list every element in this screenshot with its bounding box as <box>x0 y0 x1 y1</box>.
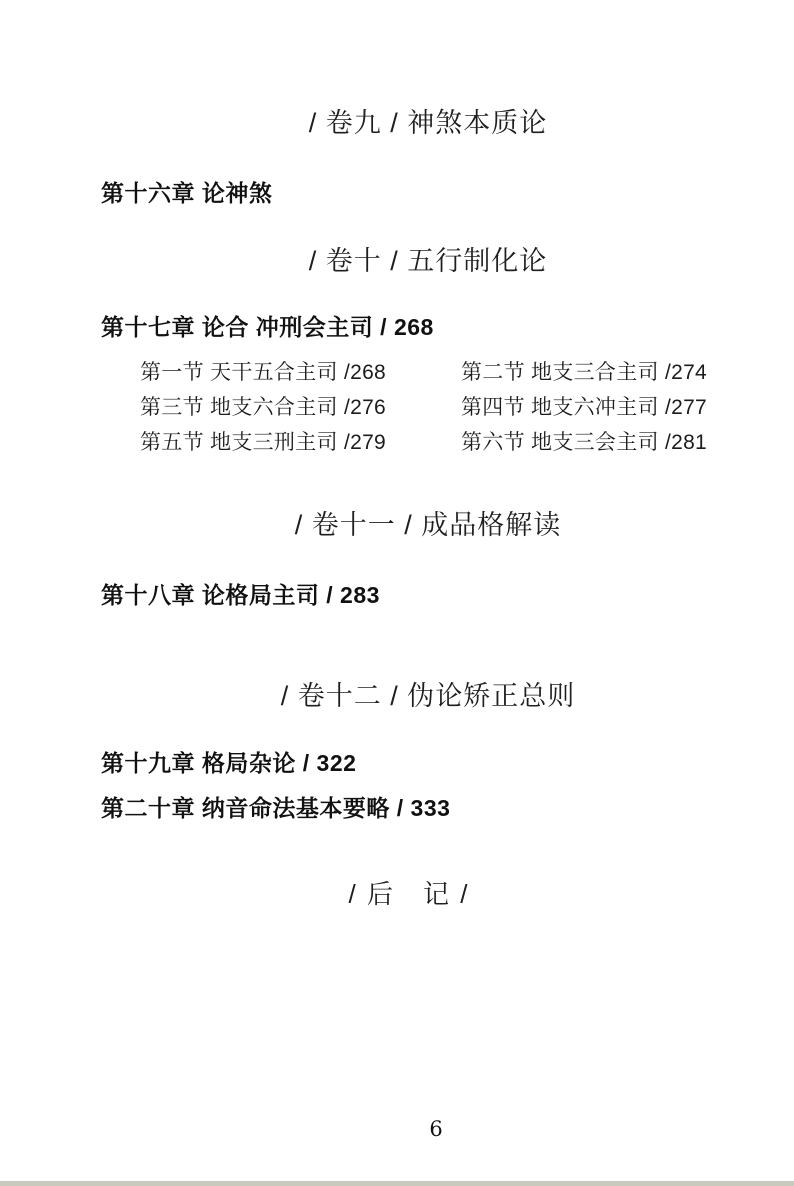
page-number: 6 <box>0 1117 794 1141</box>
chapter-17-entry: 第十七章 论合 冲刑会主司 / 268 <box>101 309 434 342</box>
section-entry: 第一节 天干五合主司 /268 <box>140 356 461 386</box>
chapter-17-sections: 第一节 天干五合主司 /268 第二节 地支三合主司 /274 第三节 地支六合… <box>140 356 707 461</box>
volume-11-heading: / 卷十一 / 成品格解读 <box>0 503 794 542</box>
chapter-19-entry: 第十九章 格局杂论 / 322 <box>101 745 356 778</box>
volume-9-heading: / 卷九 / 神煞本质论 <box>0 101 794 140</box>
book-toc-page: / 卷九 / 神煞本质论 第十六章 论神煞 / 卷十 / 五行制化论 第十七章 … <box>0 0 794 1186</box>
chapter-16-entry: 第十六章 论神煞 <box>101 175 272 208</box>
afterword-heading: / 后 记 / <box>0 874 794 911</box>
section-entry: 第五节 地支三刑主司 /279 <box>140 426 461 456</box>
section-entry: 第二节 地支三合主司 /274 <box>461 356 707 386</box>
section-entry: 第四节 地支六冲主司 /277 <box>461 391 707 421</box>
section-entry: 第三节 地支六合主司 /276 <box>140 391 461 421</box>
volume-10-heading: / 卷十 / 五行制化论 <box>0 239 794 278</box>
chapter-18-entry: 第十八章 论格局主司 / 283 <box>101 577 380 610</box>
chapter-20-entry: 第二十章 纳音命法基本要略 / 333 <box>101 790 450 823</box>
volume-12-heading: / 卷十二 / 伪论矫正总则 <box>0 674 794 713</box>
page-bottom-edge <box>0 1181 794 1186</box>
section-entry: 第六节 地支三会主司 /281 <box>461 426 707 456</box>
